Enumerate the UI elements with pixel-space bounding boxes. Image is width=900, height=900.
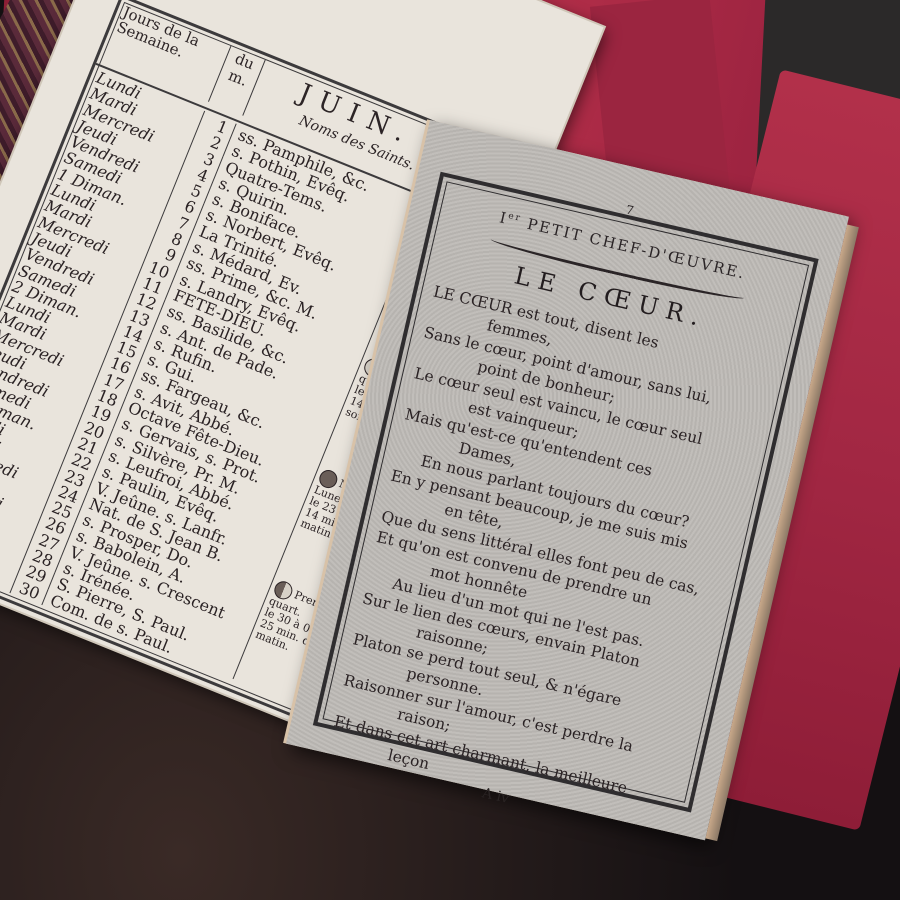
poem-body: LE CŒUR est tout, disent lesfemmes,Sans … <box>327 281 775 830</box>
weekday-column-header: Jours de la Semaine. <box>115 4 229 75</box>
